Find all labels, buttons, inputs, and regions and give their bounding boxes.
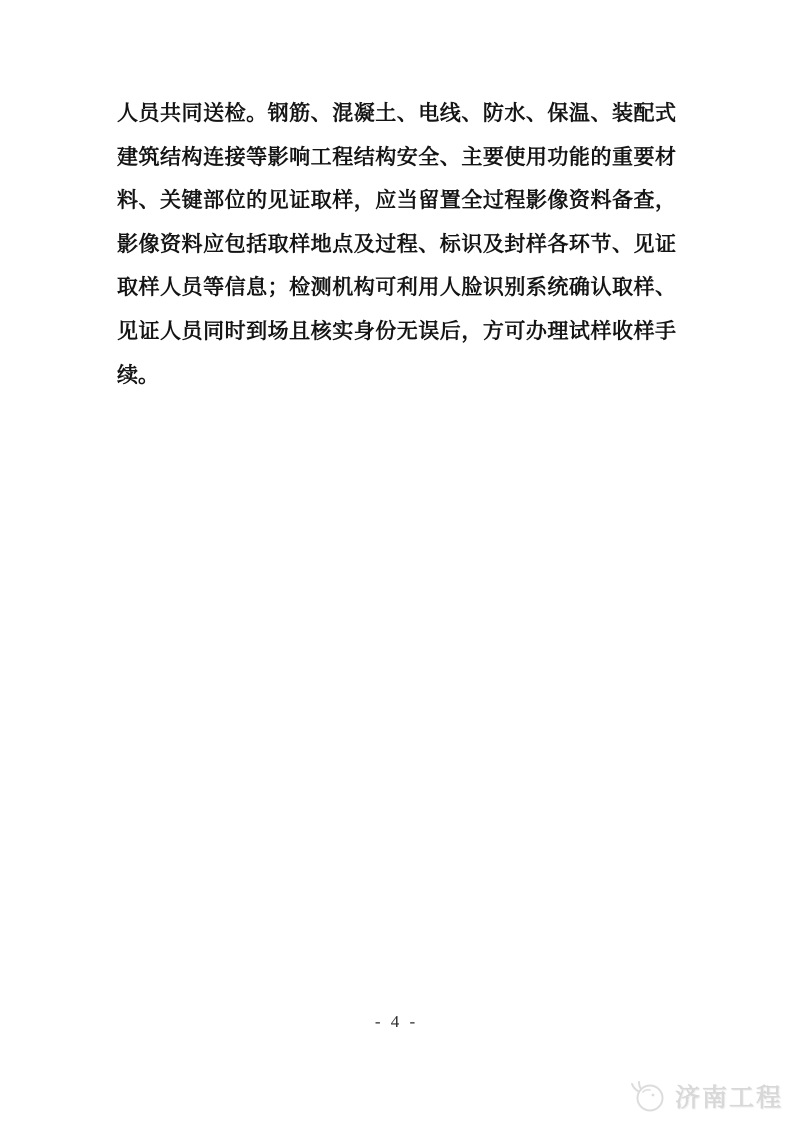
document-page: 人员共同送检。钢筋、混凝土、电线、防水、保温、装配式 建筑结构连接等影响工程结构… <box>0 0 793 1122</box>
text-line-5: 取样人员等信息；检测机构可利用人脸识别系统确认取样、 <box>117 266 676 310</box>
text-line-4: 影像资料应包括取样地点及过程、标识及封样各环节、见证 <box>117 223 676 267</box>
text-line-2: 建筑结构连接等影响工程结构安全、主要使用功能的重要材 <box>117 136 676 180</box>
body-paragraph: 人员共同送检。钢筋、混凝土、电线、防水、保温、装配式 建筑结构连接等影响工程结构… <box>117 92 676 397</box>
bird-circle-logo-icon <box>626 1078 668 1114</box>
text-line-1: 人员共同送检。钢筋、混凝土、电线、防水、保温、装配式 <box>117 92 676 136</box>
text-line-7: 续。 <box>117 354 676 398</box>
watermark-label: 济南工程 <box>675 1078 783 1114</box>
page-number: - 4 - <box>0 1012 793 1032</box>
watermark: 济南工程 <box>626 1078 783 1114</box>
text-line-3: 料、关键部位的见证取样，应当留置全过程影像资料备查， <box>117 179 676 223</box>
text-line-6: 见证人员同时到场且核实身份无误后，方可办理试样收样手 <box>117 310 676 354</box>
